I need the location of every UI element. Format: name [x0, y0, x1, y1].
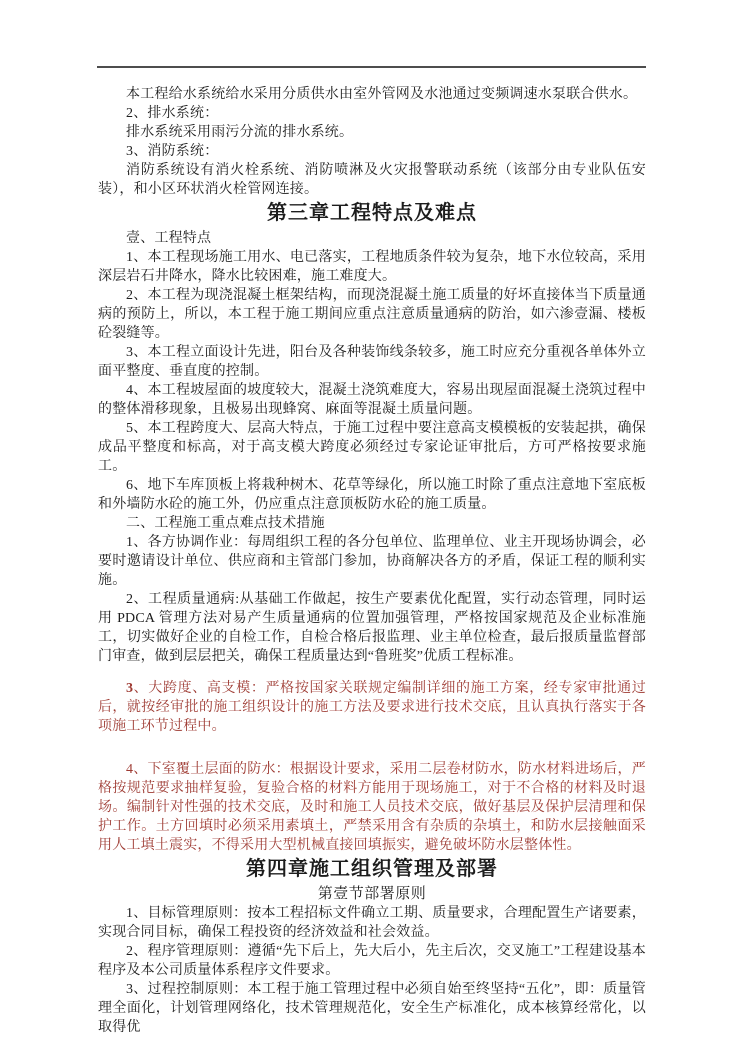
- paragraph: 3、消防系统：: [98, 142, 646, 161]
- paragraph: 3、大跨度、高支模：严格按国家关联规定编制详细的施工方案，经专家审批通过后，就按…: [98, 679, 646, 736]
- document-content: 本工程给水系统给水采用分质供水由室外管网及水池通过变频调速水泵联合供水。2、排水…: [98, 85, 646, 1037]
- paragraph: 2、程序管理原则：遵循“先下后上，先大后小，先主后次，交叉施工”工程建设基本程序…: [98, 942, 646, 980]
- paragraph: 本工程给水系统给水采用分质供水由室外管网及水池通过变频调速水泵联合供水。: [98, 85, 646, 104]
- paragraph: 壹、工程特点: [98, 229, 646, 248]
- paragraph: 排水系统采用雨污分流的排水系统。: [98, 123, 646, 142]
- paragraph: 1、本工程现场施工用水、电已落实，工程地质条件较为复杂，地下水位较高，采用深层岩…: [98, 248, 646, 286]
- paragraph: 2、排水系统：: [98, 104, 646, 123]
- paragraph: 2、工程质量通病:从基础工作做起，按生产要素优化配置，实行动态管理，同时运用 P…: [98, 590, 646, 666]
- paragraph-text: 、大跨度、高支模：严格按国家关联规定编制详细的施工方案，经专家审批通过后，就按经…: [98, 681, 646, 734]
- section-heading: 第壹节部署原则: [98, 885, 646, 904]
- chapter-heading: 第四章施工组织管理及部署: [98, 856, 646, 883]
- header-rule: [97, 66, 646, 68]
- paragraph: 二、工程施工重点难点技术措施: [98, 514, 646, 533]
- paragraph: 4、本工程坡屋面的坡度较大，混凝土浇筑难度大，容易出现屋面混凝土浇筑过程中的整体…: [98, 381, 646, 419]
- paragraph: 2、本工程为现浇混凝土框架结构，而现浇混凝土施工质量的好坏直接体当下质量通病的预…: [98, 286, 646, 343]
- paragraph: 3、本工程立面设计先进，阳台及各种装饰线条较多，施工时应充分重视各单体外立面平整…: [98, 343, 646, 381]
- document-page: 本工程给水系统给水采用分质供水由室外管网及水池通过变频调速水泵联合供水。2、排水…: [0, 0, 744, 1052]
- paragraph: 1、目标管理原则：按本工程招标文件确立工期、质量要求，合理配置生产诸要素，实现合…: [98, 904, 646, 942]
- paragraph: 6、地下车库顶板上将栽种树木、花草等绿化，所以施工时除了重点注意地下室底板和外墙…: [98, 476, 646, 514]
- paragraph: 5、本工程跨度大、层高大特点，于施工过程中要注意高支模模板的安装起拱，确保成品平…: [98, 419, 646, 476]
- paragraph: 消防系统设有消火栓系统、消防喷淋及火灾报警联动系统（该部分由专业队伍安装），和小…: [98, 161, 646, 199]
- chapter-heading: 第三章工程特点及难点: [98, 200, 646, 227]
- paragraph: 3、过程控制原则：本工程于施工管理过程中必须自始至终坚持“五化”，即：质量管理全…: [98, 980, 646, 1037]
- paragraph: 1、各方协调作业：每周组织工程的各分包单位、监理单位、业主开现场协调会，必要时邀…: [98, 533, 646, 590]
- paragraph: 4、下室覆土层面的防水：根据设计要求，采用二层卷材防水，防水材料进场后，严格按规…: [98, 760, 646, 855]
